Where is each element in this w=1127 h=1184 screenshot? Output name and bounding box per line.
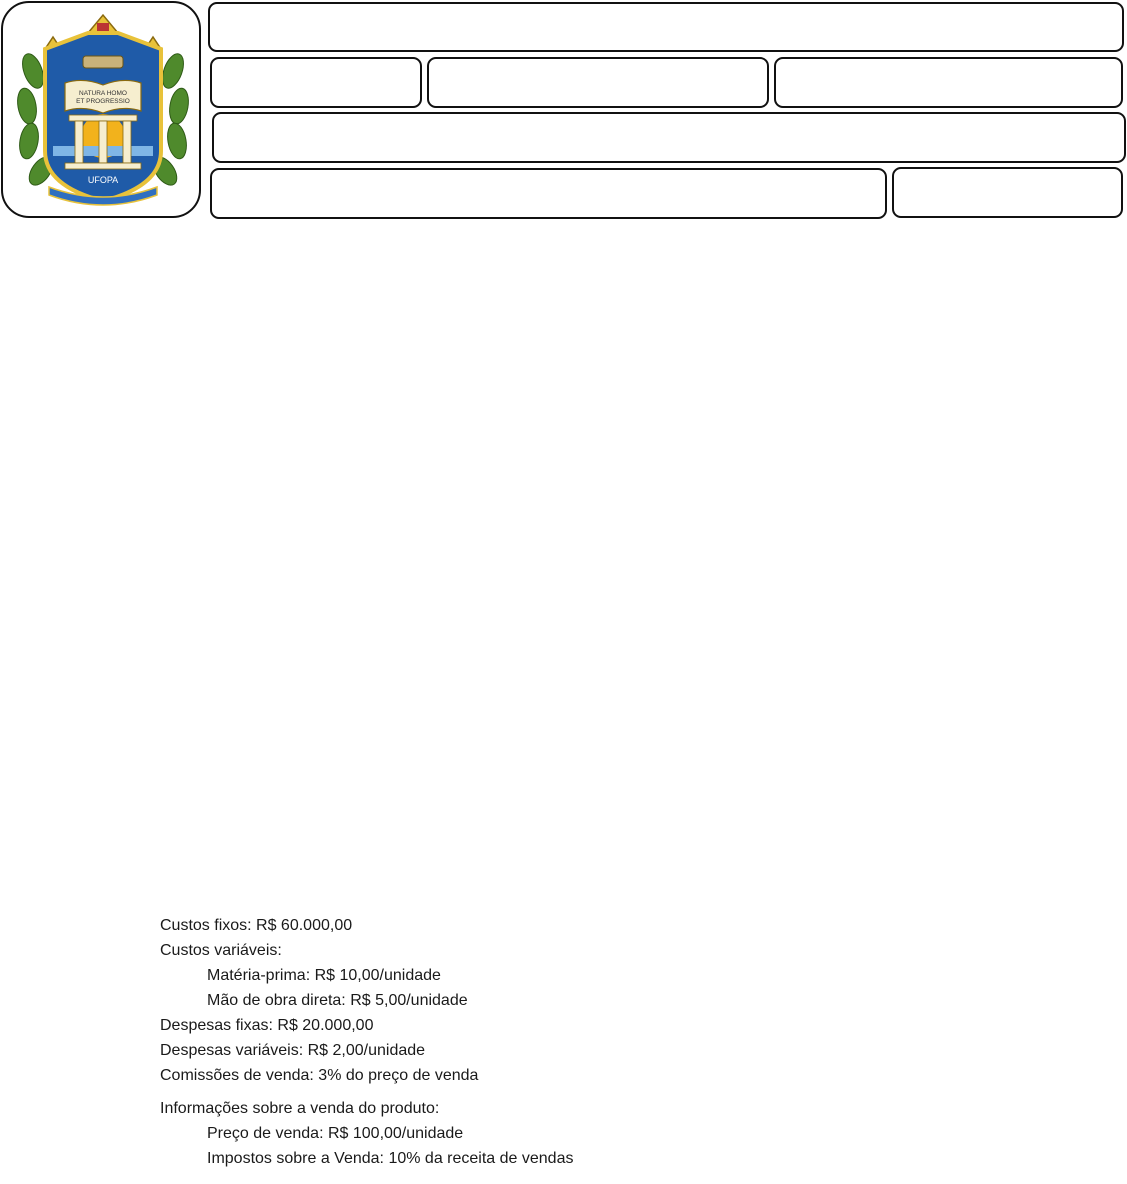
cost-line-variable-costs: Custos variáveis: <box>160 938 573 963</box>
cost-line-fixed-expenses: Despesas fixas: R$ 20.000,00 <box>160 1013 573 1038</box>
header-field-4[interactable] <box>774 57 1123 108</box>
svg-text:NATURA HOMO: NATURA HOMO <box>79 90 127 97</box>
problem-data: Custos fixos: R$ 60.000,00 Custos variáv… <box>160 913 573 1171</box>
cost-line-direct-labor: Mão de obra direta: R$ 5,00/unidade <box>160 988 573 1013</box>
spacer <box>160 1088 573 1096</box>
cost-line-variable-expenses: Despesas variáveis: R$ 2,00/unidade <box>160 1038 573 1063</box>
header-field-2[interactable] <box>210 57 422 108</box>
cost-line-fixed-costs: Custos fixos: R$ 60.000,00 <box>160 913 573 938</box>
header-field-5[interactable] <box>212 112 1126 163</box>
cost-line-sales-commissions: Comissões de venda: 3% do preço de venda <box>160 1063 573 1088</box>
header-field-3[interactable] <box>427 57 769 108</box>
ufopa-crest-icon: NATURA HOMO ET PROGRESSIO UFOPA <box>13 11 193 211</box>
header-field-7[interactable] <box>892 167 1123 218</box>
header-field-6[interactable] <box>210 168 887 219</box>
sales-info-taxes: Impostos sobre a Venda: 10% da receita d… <box>160 1146 573 1171</box>
sales-info-price: Preço de venda: R$ 100,00/unidade <box>160 1121 573 1146</box>
cost-line-raw-material: Matéria-prima: R$ 10,00/unidade <box>160 963 573 988</box>
university-logo-box: NATURA HOMO ET PROGRESSIO UFOPA <box>1 1 201 218</box>
svg-text:UFOPA: UFOPA <box>88 175 118 185</box>
sales-info-heading: Informações sobre a venda do produto: <box>160 1096 573 1121</box>
svg-text:ET PROGRESSIO: ET PROGRESSIO <box>76 98 130 105</box>
header-field-1[interactable] <box>208 2 1124 52</box>
